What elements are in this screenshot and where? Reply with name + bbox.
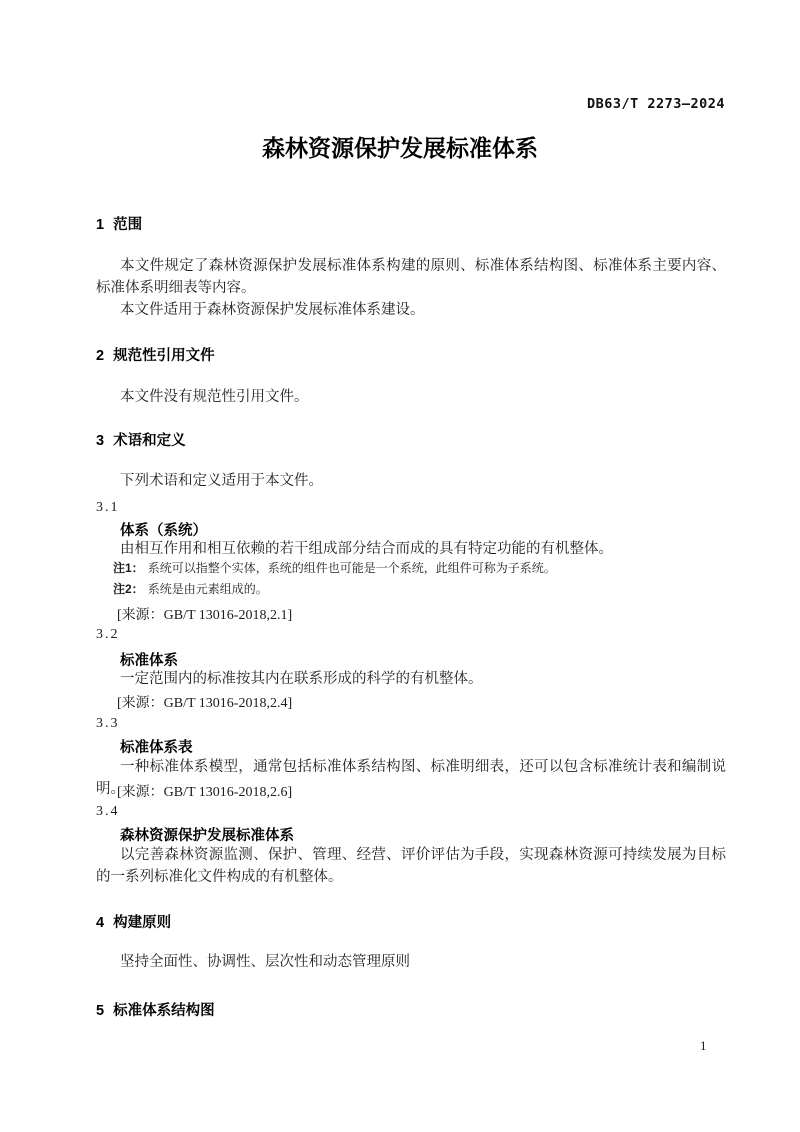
term-name: 体系（系统） (120, 519, 207, 540)
term-note: 注2：系统是由元素组成的。 (113, 582, 728, 597)
document-title: 森林资源保护发展标准体系 (0, 130, 800, 163)
clause-number: 4 (96, 915, 104, 931)
term-name: 标准体系表 (120, 736, 193, 757)
term-number-3-3: 3.3 (96, 716, 120, 732)
clause-number: 2 (96, 348, 104, 364)
term-name: 标准体系 (120, 649, 178, 670)
term-name: 森林资源保护发展标准体系 (120, 824, 294, 845)
note-text: 系统可以指整个实体，系统的组件也可能是一个系统，此组件可称为子系统。 (148, 561, 556, 575)
term-source: [来源：GB/T 13016-2018,2.1] (117, 604, 292, 624)
paragraph: 本文件规定了森林资源保护发展标准体系构建的原则、标准体系结构图、标准体系主要内容… (96, 256, 726, 299)
clause-number: 1 (96, 217, 104, 233)
note-text: 系统是由元素组成的。 (148, 582, 268, 596)
note-label: 注1： (113, 561, 144, 575)
term-definition: 以完善森林资源监测、保护、管理、经营、评价评估为手段，实现森林资源可持续发展为目… (96, 845, 726, 888)
paragraph: 坚持全面性、协调性、层次性和动态管理原则 (96, 952, 726, 974)
note-label: 注2： (113, 582, 144, 596)
paragraph: 本文件没有规范性引用文件。 (96, 387, 726, 409)
term-source: [来源：GB/T 13016-2018,2.6] (117, 781, 292, 801)
clause-title: 构建原则 (113, 915, 171, 931)
term-definition: 由相互作用和相互依赖的若干组成部分结合而成的具有特定功能的有机整体。 (96, 539, 726, 561)
clause-heading-2: 2规范性引用文件 (96, 344, 215, 365)
paragraph: 本文件适用于森林资源保护发展标准体系建设。 (96, 300, 726, 322)
term-source: [来源：GB/T 13016-2018,2.4] (117, 692, 292, 712)
term-number-3-1: 3.1 (96, 500, 120, 516)
term-number-3-2: 3.2 (96, 627, 120, 643)
clause-title: 范围 (113, 217, 142, 233)
term-note: 注1：系统可以指整个实体，系统的组件也可能是一个系统，此组件可称为子系统。 (113, 561, 728, 576)
page-number: 1 (700, 1038, 707, 1054)
clause-number: 5 (96, 1003, 104, 1019)
clause-title: 规范性引用文件 (113, 348, 215, 364)
clause-heading-4: 4构建原则 (96, 911, 171, 932)
term-number-3-4: 3.4 (96, 804, 120, 820)
clause-title: 术语和定义 (113, 433, 186, 449)
document-code: DB63/T 2273—2024 (587, 96, 725, 112)
term-definition: 一定范围内的标准按其内在联系形成的科学的有机整体。 (96, 669, 726, 691)
paragraph: 下列术语和定义适用于本文件。 (96, 471, 726, 493)
clause-heading-3: 3术语和定义 (96, 429, 186, 450)
clause-heading-1: 1范围 (96, 213, 142, 234)
clause-number: 3 (96, 433, 104, 449)
clause-heading-5: 5标准体系结构图 (96, 999, 215, 1020)
clause-title: 标准体系结构图 (113, 1003, 215, 1019)
document-page: DB63/T 2273—2024 森林资源保护发展标准体系 1范围 本文件规定了… (0, 0, 800, 1132)
